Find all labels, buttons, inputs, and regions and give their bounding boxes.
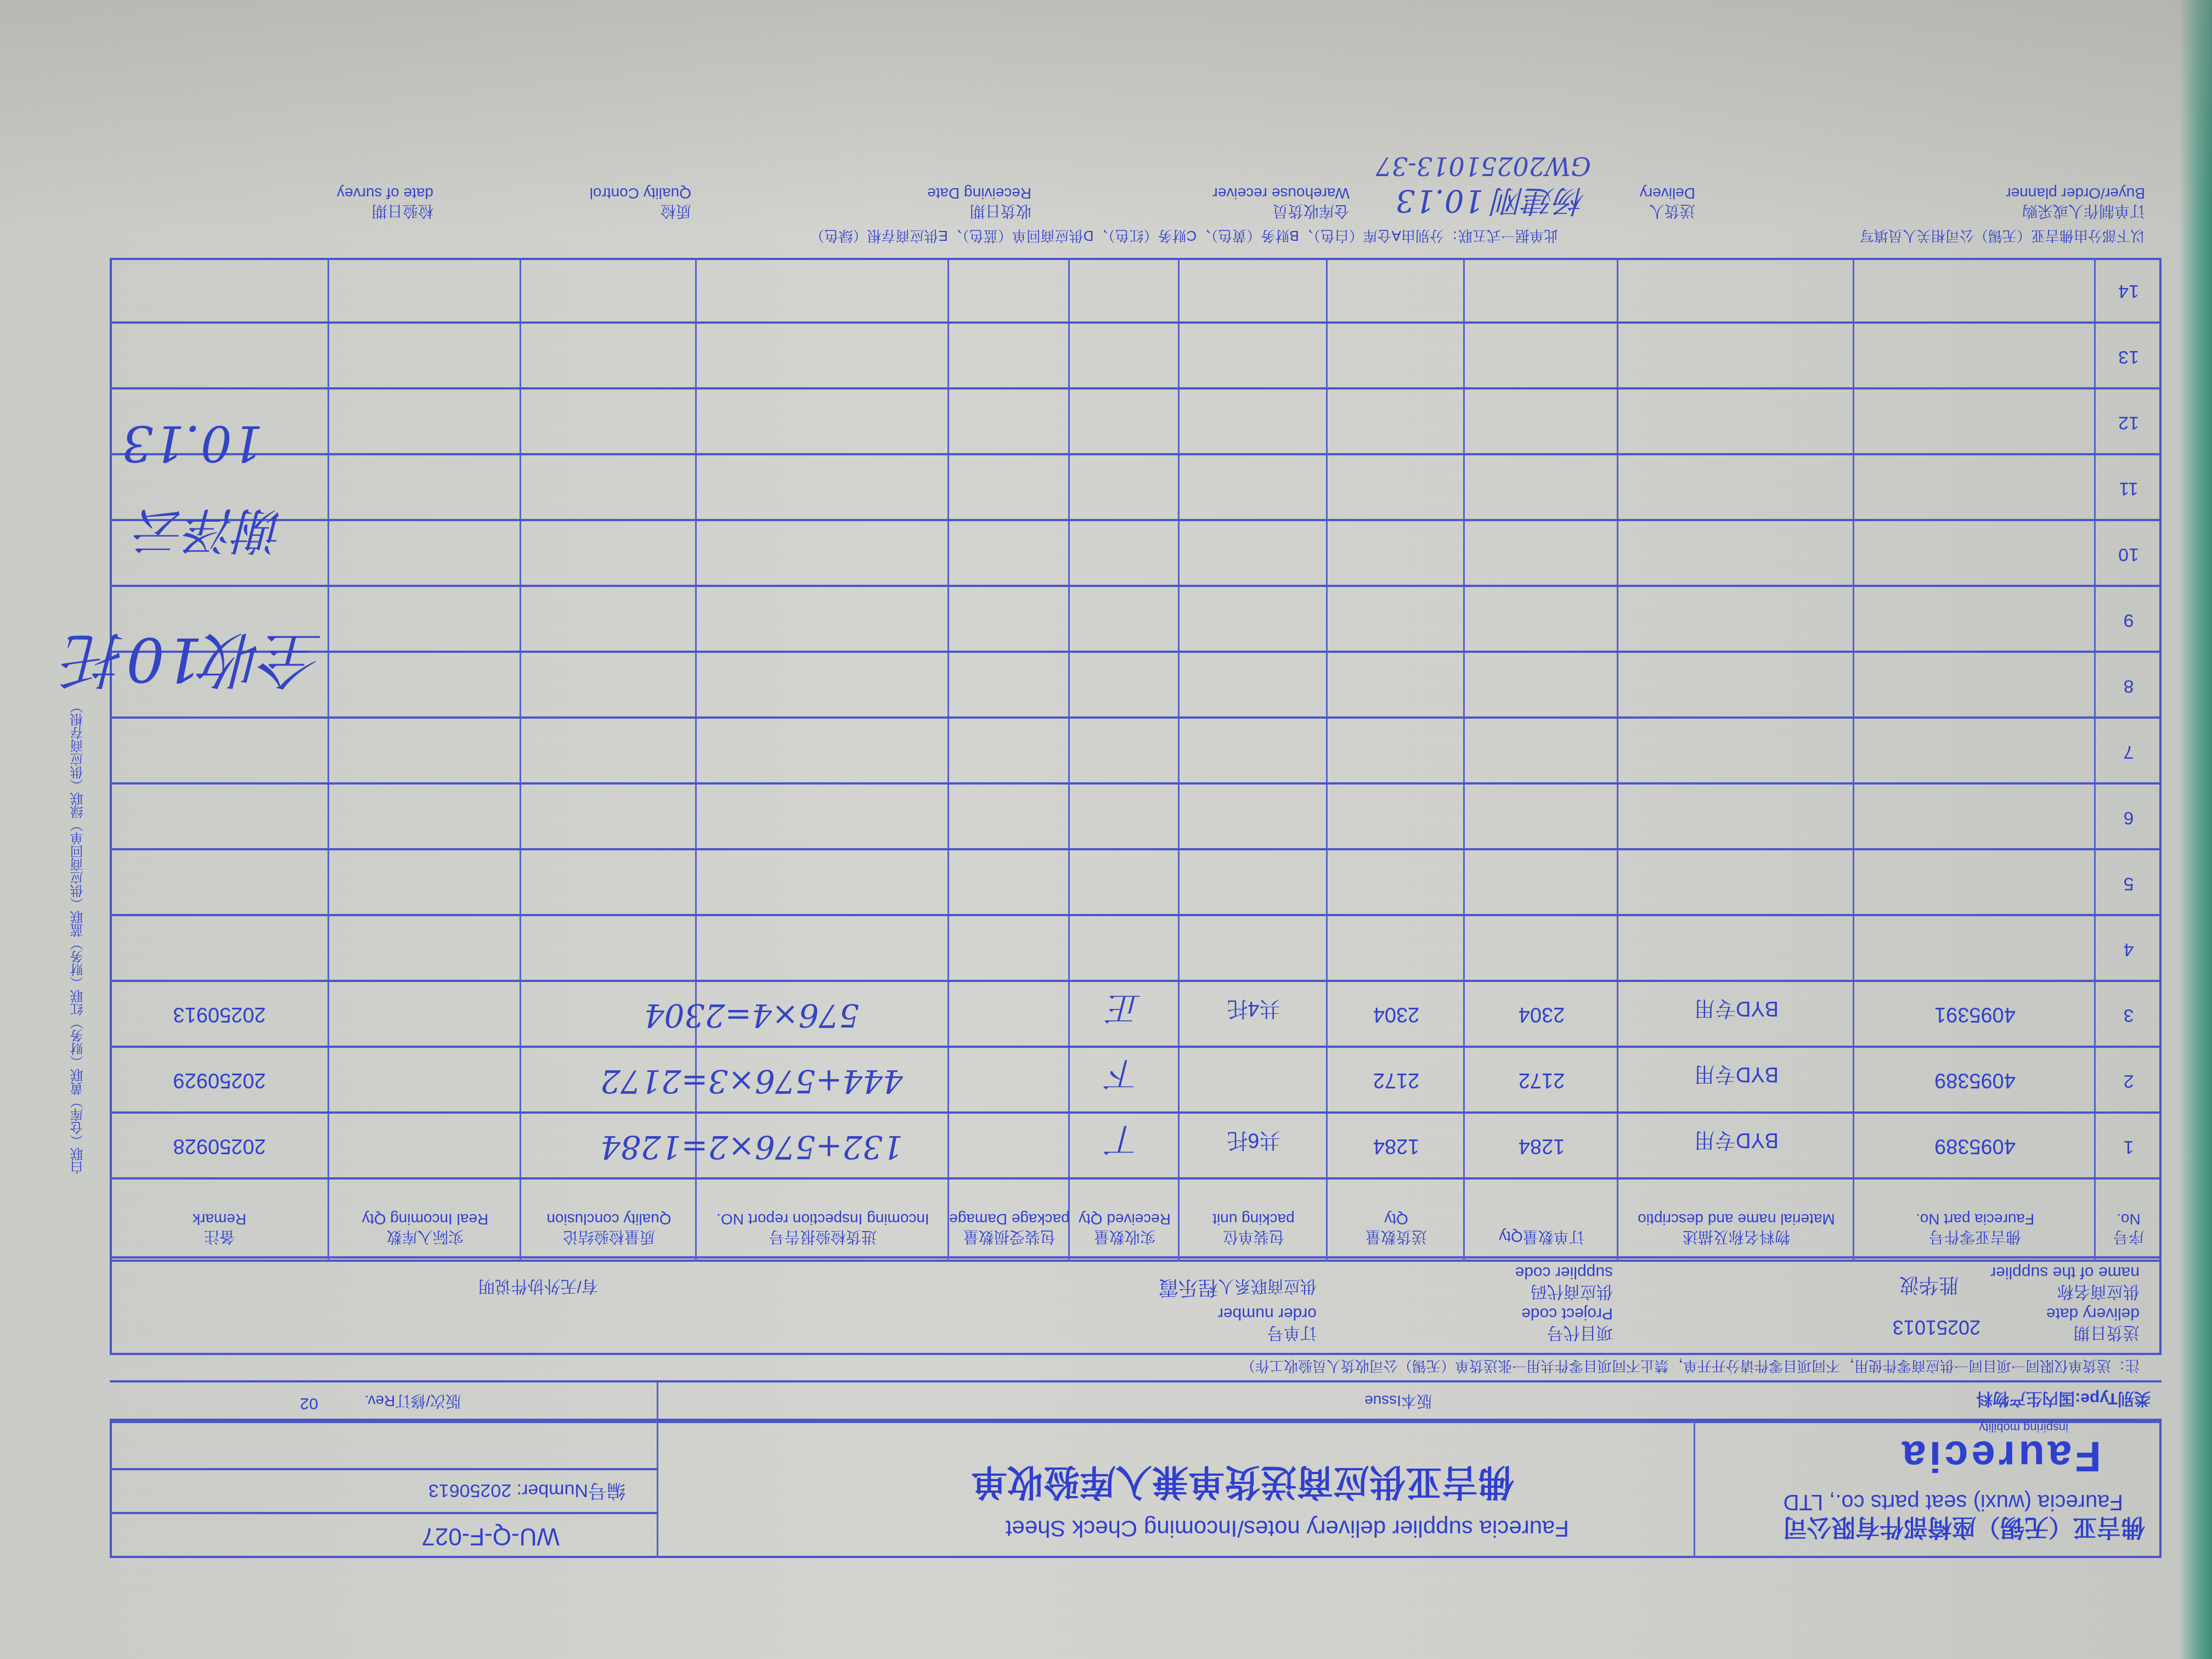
column-header: 订单数量Qty [1465, 1228, 1618, 1245]
table-cell-report: 444+576×3=2172 [521, 1063, 982, 1100]
faurecia-logo: Faurecia [1899, 1431, 2101, 1481]
table-cell-no: 2 [2096, 1070, 2162, 1092]
revision-value: 02 [300, 1394, 318, 1413]
company-name-en: Faurecia (wuxi) seat parts co., LTD [1784, 1489, 2123, 1514]
row-divider [110, 1111, 2162, 1114]
row-divider [110, 782, 2162, 785]
table-cell-no: 11 [2096, 478, 2162, 499]
copy-distribution-side-text: 白联（仓库）黄联（财务）红联（财务）蓝联（供应商回单）绿联（供应商存根） [69, 700, 88, 1174]
number-label: 编号Number: [517, 1480, 625, 1501]
table-cell-order-qty: 2172 [1465, 1068, 1618, 1092]
revision-label: 版次/修订Rev. [365, 1391, 461, 1413]
divider [110, 1512, 658, 1514]
number-value: 20250613 [428, 1480, 511, 1501]
table-cell-no: 4 [2096, 939, 2162, 960]
table-cell-received: 下 [1070, 1053, 1180, 1100]
row-divider [110, 651, 2162, 653]
issue-label: 版本Issue [1364, 1391, 1432, 1413]
delivery-date-label: 送货日期 delivery date [2046, 1304, 2140, 1347]
supplier-name-label: 供应商名称 name of the supplier [1990, 1263, 2140, 1306]
delivery-person-label: 送货人Delivery [1640, 184, 1695, 219]
table-cell-qty: 2172 [1328, 1068, 1465, 1092]
form-title-cn: 佛吉亚供应商送货单兼入库验收单 [971, 1459, 1514, 1511]
row-divider [110, 914, 2162, 916]
table-cell-received: 丅 [1070, 1119, 1180, 1166]
column-header: 进货检验报告号Incoming Inspection report NO. [697, 1210, 949, 1245]
row-divider [110, 1046, 2162, 1048]
order-number-label: 订单号 order number [1218, 1304, 1317, 1347]
logo-tagline: inspiring mobility [1979, 1420, 2068, 1435]
row-divider [110, 519, 2162, 521]
column-header: 实收数量Received Qty [1070, 1210, 1180, 1245]
table-cell-order-qty: 1284 [1465, 1134, 1618, 1158]
table-cell-no: 3 [2096, 1005, 2162, 1026]
row-divider [110, 585, 2162, 587]
company-name-cn: 佛吉亚（无锡）座椅部件有限公司 [1783, 1512, 2145, 1547]
table-cell-part: 4095389 [1854, 1134, 2096, 1158]
column-header: 佛吉亚零件号Faurecia part No. [1854, 1210, 2096, 1245]
row-divider [110, 716, 2162, 719]
table-cell-received: 正 [1070, 987, 1180, 1034]
table-cell-no: 8 [2096, 675, 2162, 697]
row-divider [110, 453, 2162, 455]
divider [110, 1419, 2162, 1421]
survey-date-label: 检验日期date of survey [337, 184, 433, 219]
column-header: 包装受损数量package Damage [949, 1210, 1070, 1245]
column-header: 物料名称及描述Material name and descriptio [1618, 1210, 1854, 1245]
document-number: 编号Number: 20250613 [428, 1479, 625, 1506]
table-cell-remark: 20250929 [110, 1068, 329, 1092]
row-divider [110, 848, 2162, 850]
column-header: 送货数量Qty [1328, 1210, 1465, 1245]
table-cell-no: 10 [2096, 544, 2162, 565]
handwritten-delivery-ref: GW20251013-37 [1376, 151, 1591, 181]
receiving-date-label: 收货日期Receiving Date [927, 184, 1031, 219]
table-cell-name: BYD专用 [1618, 1062, 1854, 1092]
planner-note: 以下部分由佛吉亚（无锡）公司相关人员填写 [1860, 227, 2145, 247]
table-cell-no: 7 [2096, 741, 2162, 763]
table-cell-part: 4095391 [1854, 1002, 2096, 1026]
table-cell-report: 576×4=2304 [521, 997, 982, 1034]
supplier-code-label: 供应商代码 supplier code [1515, 1263, 1613, 1306]
column-header: 实际入库数Real Incoming Qty [329, 1210, 521, 1245]
document-code: WU-Q-F-027 [421, 1522, 560, 1550]
divider [1694, 1421, 1695, 1558]
delivery-date-value: 20251013 [1893, 1316, 1980, 1339]
row-divider [110, 321, 2162, 324]
desk-edge [2179, 0, 2212, 1659]
supplier-name-value: 胜华波 [1899, 1272, 1959, 1300]
supplier-info-block [110, 1256, 2162, 1355]
row-divider [110, 1177, 2162, 1180]
contact-value: 程乐霞 [1159, 1275, 1218, 1303]
table-cell-no: 5 [2096, 873, 2162, 894]
divider [657, 1383, 658, 1558]
table-cell-remark: 20250928 [110, 1134, 329, 1158]
table-cell-unit: 共6托 [1180, 1127, 1328, 1158]
table-cell-qty: 2304 [1328, 1002, 1465, 1026]
table-cell-no: 12 [2096, 412, 2162, 433]
table-cell-remark: 20250913 [110, 1002, 329, 1026]
handwritten-delivery-signature: 杨建刚 10.13 [1396, 181, 1585, 225]
form-title-en: Faurecia supplier delivery notes/Incomin… [1006, 1515, 1569, 1542]
table-cell-order-qty: 2304 [1465, 1002, 1618, 1026]
form-note: 注：送货单仅限同一项目同一供应商零件使用，不同项目零件请分开开单，禁止不同项目零… [1241, 1357, 2140, 1377]
buyer-label: 订单制作人或采购Buyer/Order planner [2006, 184, 2145, 219]
distribution-note: 此单据一式五联：分别由A仓库（白色）、B财务（黄色）、C财务（红色）、D供应商回… [810, 227, 1558, 247]
project-code-label: 项目代号 Project code [1521, 1304, 1613, 1347]
handwritten-name: 谢泽云 [137, 499, 285, 571]
divider [110, 1380, 2162, 1383]
row-divider [110, 980, 2162, 982]
divider [110, 1468, 658, 1470]
handwritten-total: 全收10托 [66, 621, 324, 708]
contact-label: 供应商联系人 [1218, 1276, 1317, 1300]
row-divider [110, 387, 2162, 390]
table-cell-name: BYD专用 [1618, 1127, 1854, 1158]
outsourcing-label: 有/无外协件说明 [478, 1276, 598, 1300]
column-header: 质量检验结论Quality conclusion [521, 1210, 697, 1245]
warehouse-receiver-label: 仓库收货员Warehouse receiver [1212, 184, 1350, 219]
column-header: 备注Remark [110, 1210, 329, 1245]
table-cell-part: 4095389 [1854, 1068, 2096, 1092]
photo-shadow [0, 0, 2212, 230]
type-label: 类别Type:国内生产物料 [1976, 1389, 2151, 1413]
table-cell-no: 13 [2096, 346, 2162, 368]
table-cell-name: BYD专用 [1618, 996, 1854, 1026]
table-cell-unit: 共4托 [1180, 996, 1328, 1026]
table-cell-no: 14 [2096, 280, 2162, 302]
delivery-check-sheet: 佛吉亚（无锡）座椅部件有限公司 Faurecia (wuxi) seat par… [110, 241, 2162, 1558]
table-cell-report: 132+576×2=1284 [521, 1128, 982, 1166]
handwritten-date: 10.13 [122, 414, 263, 472]
table-cell-no: 6 [2096, 807, 2162, 828]
quality-control-label: 质检Quality Control [590, 184, 691, 219]
table-cell-no: 1 [2096, 1136, 2162, 1158]
table-cell-qty: 1284 [1328, 1134, 1465, 1158]
table-cell-no: 9 [2096, 610, 2162, 631]
column-header: 包装单位packing unit [1180, 1210, 1328, 1245]
column-header: 序号No. [2096, 1210, 2162, 1245]
